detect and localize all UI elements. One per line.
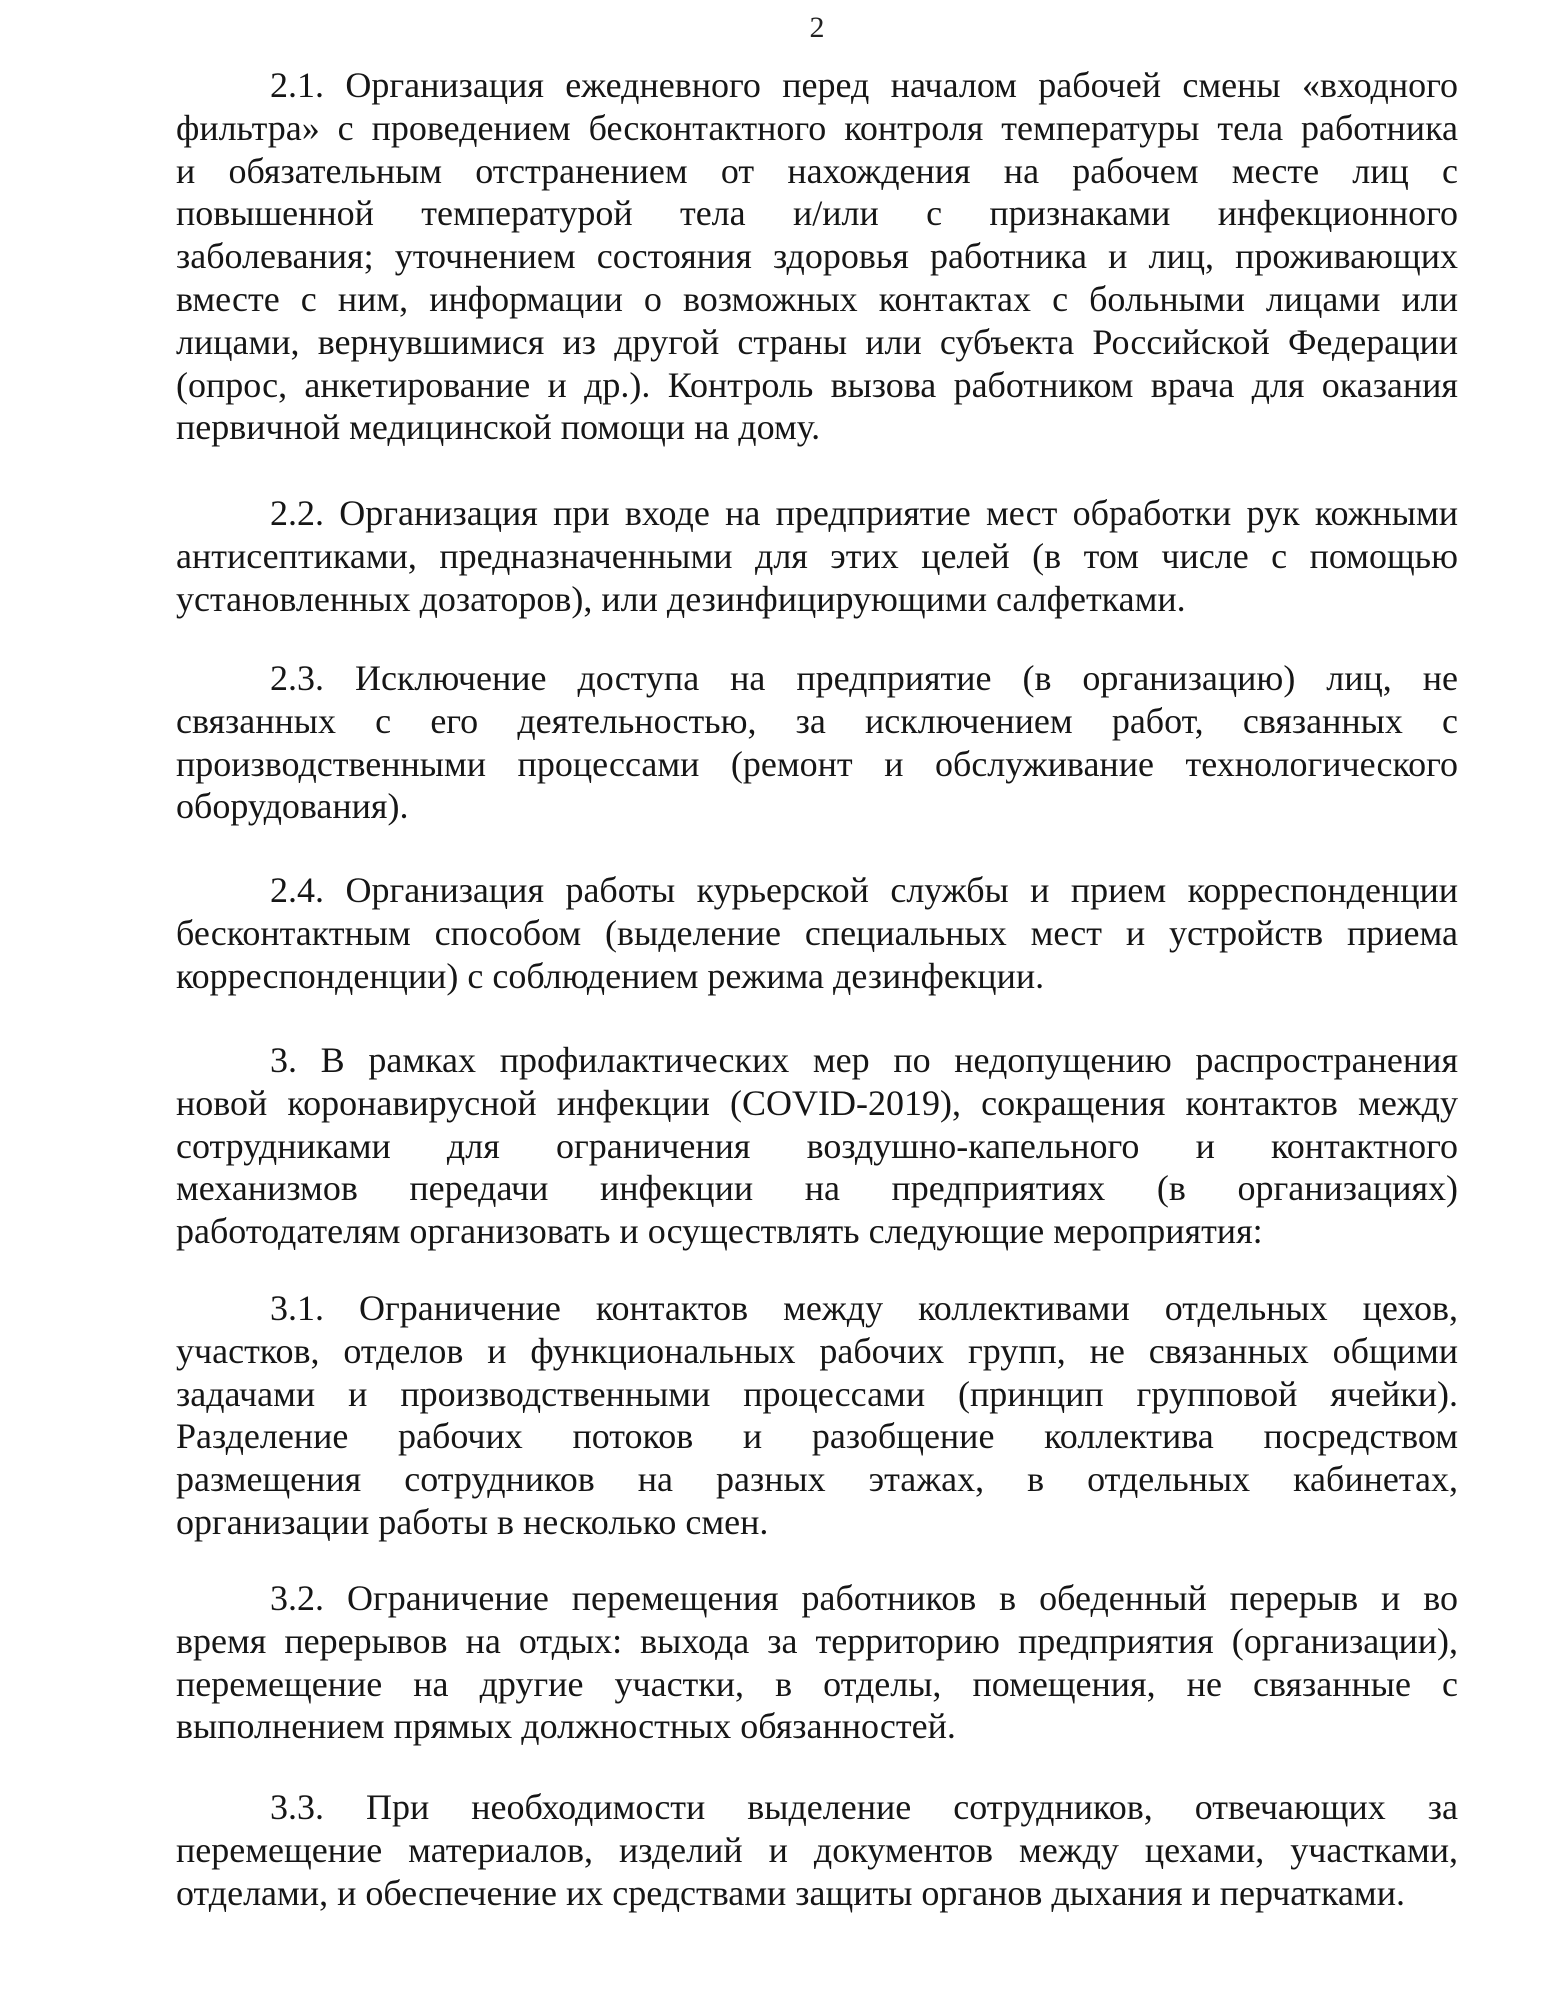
paragraph-2-2: 2.2. Организация при входе на предприяти…: [176, 492, 1458, 620]
paragraph-line: повышенной температурой тела и/или с при…: [176, 192, 1458, 235]
paragraph-line: сотрудниками для ограничения воздушно-ка…: [176, 1125, 1458, 1168]
paragraph-line: 2.1. Организация ежедневного перед начал…: [176, 64, 1458, 107]
paragraph-3: 3. В рамках профилактических мер по недо…: [176, 1039, 1458, 1253]
paragraph-line: производственными процессами (ремонт и о…: [176, 743, 1458, 786]
paragraph-line: 3.2. Ограничение перемещения работников …: [176, 1577, 1458, 1620]
paragraph-line: и обязательным отстранением от нахождени…: [176, 150, 1458, 193]
paragraph-line: новой коронавирусной инфекции (COVID-201…: [176, 1082, 1458, 1125]
paragraph-line: оборудования).: [176, 785, 1458, 828]
paragraph-line: корреспонденции) с соблюдением режима де…: [176, 955, 1458, 998]
paragraph-line: участков, отделов и функциональных рабоч…: [176, 1330, 1458, 1373]
page-number: 2: [0, 8, 1568, 48]
paragraph-line: антисептиками, предназначенными для этих…: [176, 535, 1458, 578]
paragraph-2-1: 2.1. Организация ежедневного перед начал…: [176, 64, 1458, 449]
paragraph-line: организации работы в несколько смен.: [176, 1501, 1458, 1544]
paragraph-line: вместе с ним, информации о возможных кон…: [176, 278, 1458, 321]
paragraph-line: выполнением прямых должностных обязаннос…: [176, 1705, 1458, 1748]
paragraph-line: фильтра» с проведением бесконтактного ко…: [176, 107, 1458, 150]
paragraph-line: бесконтактным способом (выделение специа…: [176, 912, 1458, 955]
paragraph-line: Разделение рабочих потоков и разобщение …: [176, 1415, 1458, 1458]
paragraph-line: (опрос, анкетирование и др.). Контроль в…: [176, 364, 1458, 407]
paragraph-line: 2.3. Исключение доступа на предприятие (…: [176, 657, 1458, 700]
paragraph-line: задачами и производственными процессами …: [176, 1373, 1458, 1416]
paragraph-line: связанных с его деятельностью, за исключ…: [176, 700, 1458, 743]
document-page: 2 2.1. Организация ежедневного перед нач…: [0, 0, 1568, 1990]
paragraph-line: заболевания; уточнением состояния здоров…: [176, 235, 1458, 278]
paragraph-2-4: 2.4. Организация работы курьерской служб…: [176, 869, 1458, 997]
paragraph-line: размещения сотрудников на разных этажах,…: [176, 1458, 1458, 1501]
paragraph-line: работодателям организовать и осуществлят…: [176, 1210, 1458, 1253]
paragraph-line: отделами, и обеспечение их средствами за…: [176, 1872, 1458, 1915]
paragraph-line: лицами, вернувшимися из другой страны ил…: [176, 321, 1458, 364]
paragraph-line: 3.3. При необходимости выделение сотрудн…: [176, 1786, 1458, 1829]
paragraph-line: механизмов передачи инфекции на предприя…: [176, 1167, 1458, 1210]
paragraph-3-1: 3.1. Ограничение контактов между коллект…: [176, 1287, 1458, 1544]
paragraph-line: 3. В рамках профилактических мер по недо…: [176, 1039, 1458, 1082]
paragraph-2-3: 2.3. Исключение доступа на предприятие (…: [176, 657, 1458, 828]
paragraph-3-2: 3.2. Ограничение перемещения работников …: [176, 1577, 1458, 1748]
paragraph-line: 2.2. Организация при входе на предприяти…: [176, 492, 1458, 535]
paragraph-line: первичной медицинской помощи на дому.: [176, 406, 1458, 449]
paragraph-line: 3.1. Ограничение контактов между коллект…: [176, 1287, 1458, 1330]
paragraph-line: 2.4. Организация работы курьерской служб…: [176, 869, 1458, 912]
paragraph-line: установленных дозаторов), или дезинфицир…: [176, 578, 1458, 621]
paragraph-line: время перерывов на отдых: выхода за терр…: [176, 1620, 1458, 1663]
paragraph-line: перемещение на другие участки, в отделы,…: [176, 1663, 1458, 1706]
paragraph-line: перемещение материалов, изделий и докуме…: [176, 1829, 1458, 1872]
paragraph-3-3: 3.3. При необходимости выделение сотрудн…: [176, 1786, 1458, 1914]
